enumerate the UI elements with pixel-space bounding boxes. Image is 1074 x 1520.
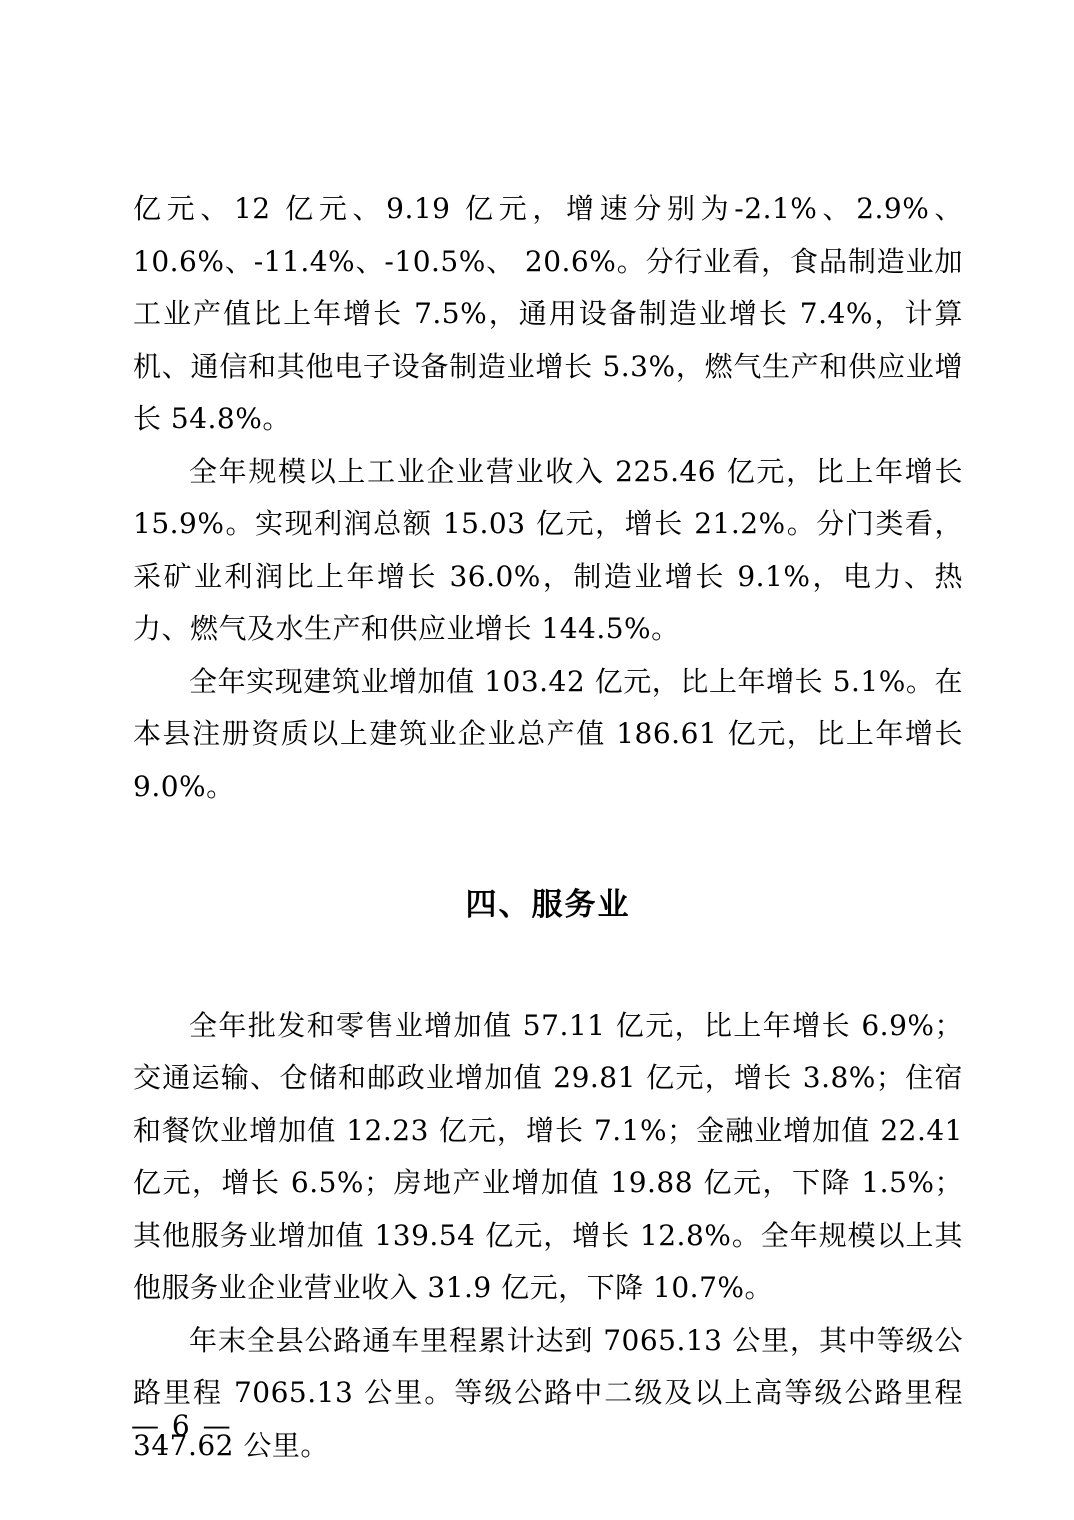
page-footer: — 6 — [131,1408,233,1444]
paragraph-highway-mileage: 年末全县公路通车里程累计达到 7065.13 公里，其中等级公路里程 7065.… [133,1315,963,1473]
page-content: 亿元、12 亿元、9.19 亿元，增速分别为-2.1%、2.9%、10.6%、-… [133,183,963,1472]
paragraph-construction-value: 全年实现建筑业增加值 103.42 亿元，比上年增长 5.1%。在本县注册资质以… [133,656,963,814]
paragraph-industry-output-growth: 亿元、12 亿元、9.19 亿元，增速分别为-2.1%、2.9%、10.6%、-… [133,183,963,446]
paragraph-industry-revenue-profit: 全年规模以上工业企业营业收入 225.46 亿元，比上年增长 15.9%。实现利… [133,446,963,656]
paragraph-services-value: 全年批发和零售业增加值 57.11 亿元，比上年增长 6.9%；交通运输、仓储和… [133,1000,963,1315]
document-page: 亿元、12 亿元、9.19 亿元，增速分别为-2.1%、2.9%、10.6%、-… [0,0,1074,1520]
page-number: — 6 — [131,1409,233,1442]
section-heading-services: 四、服务业 [133,879,963,932]
